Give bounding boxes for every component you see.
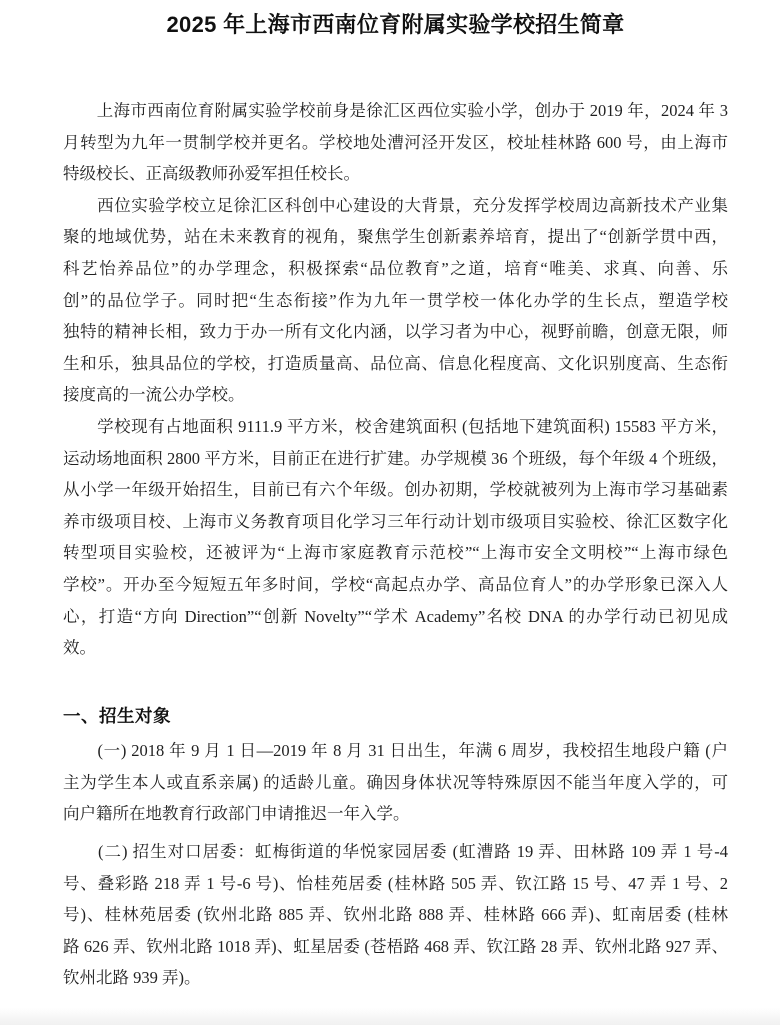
intro-paragraph-1: 上海市西南位育附属实验学校前身是徐汇区西位实验小学，创办于 2019 年，202… [63, 95, 728, 190]
text-line: 养市级项目校、上海市义务教育项目化学习三年行动计划市级项目实验校、徐汇区数字化 [63, 506, 728, 538]
section1-paragraph-2: (二) 招生对口居委：虹梅街道的华悦家园居委 (虹漕路 19 弄、田林路 109… [63, 836, 728, 994]
text-line: 号)、桂林苑居委 (钦州北路 885 弄、钦州北路 888 弄、桂林路 666 … [63, 899, 728, 931]
text-line: 聚的地域优势，站在未来教育的视角，聚焦学生创新素养培育，提出了“创新学贯中西， [63, 221, 728, 253]
text-line: 学校”。开办至今短短五年多时间，学校“高起点办学、高品位育人”的办学形象已深入人 [63, 569, 728, 601]
text-line: 从小学一年级开始招生，目前已有六个年级。创办初期，学校就被列为上海市学习基础素 [63, 474, 728, 506]
document-title: 2025 年上海市西南位育附属实验学校招生简章 [63, 0, 728, 38]
section-heading-enrollment-targets: 一、招生对象 [63, 701, 728, 733]
text-line: 路 626 弄、钦州北路 1018 弄)、虹星居委 (苍梧路 468 弄、钦江路… [63, 931, 728, 963]
intro-paragraph-3: 学校现有占地面积 9111.9 平方米，校舍建筑面积 (包括地下建筑面积) 15… [63, 411, 728, 664]
text-line: 科艺怡养品位”的办学理念，积极探索“品位教育”之道，培育“唯美、求真、向善、乐 [63, 253, 728, 285]
text-line: 上海市西南位育附属实验学校前身是徐汇区西位实验小学，创办于 2019 年，202… [63, 95, 728, 127]
text-line: 月转型为九年一贯制学校并更名。学校地处漕河泾开发区，校址桂林路 600 号，由上… [63, 127, 728, 159]
section1-paragraph-1: (一) 2018 年 9 月 1 日—2019 年 8 月 31 日出生，年满 … [63, 735, 728, 830]
text-line: 心，打造“方向 Direction”“创新 Novelty”“学术 Academ… [63, 601, 728, 633]
document-content: 2025 年上海市西南位育附属实验学校招生简章 上海市西南位育附属实验学校前身是… [63, 0, 728, 994]
page-bottom-edge [0, 1008, 780, 1025]
text-line: 向户籍所在地教育行政部门申请推迟一年入学。 [63, 798, 728, 830]
text-line: 接度高的一流公办学校。 [63, 379, 728, 411]
text-line: 独特的精神长相，致力于办一所有文化内涵，以学习者为中心，视野前瞻，创意无限，师 [63, 316, 728, 348]
text-line: (二) 招生对口居委：虹梅街道的华悦家园居委 (虹漕路 19 弄、田林路 109… [63, 836, 728, 868]
text-line: 生和乐，独具品位的学校，打造质量高、品位高、信息化程度高、文化识别度高、生态衔 [63, 348, 728, 380]
text-line: 效。 [63, 632, 728, 664]
text-line: 运动场地面积 2800 平方米，目前正在进行扩建。办学规模 36 个班级，每个年… [63, 443, 728, 475]
document-body: 上海市西南位育附属实验学校前身是徐汇区西位实验小学，创办于 2019 年，202… [63, 95, 728, 994]
text-line: 号、叠彩路 218 弄 1 号-6 号)、怡桂苑居委 (桂林路 505 弄、钦江… [63, 868, 728, 900]
intro-paragraph-2: 西位实验学校立足徐汇区科创中心建设的大背景，充分发挥学校周边高新技术产业集聚的地… [63, 190, 728, 411]
document-page: 2025 年上海市西南位育附属实验学校招生简章 上海市西南位育附属实验学校前身是… [0, 0, 780, 1025]
text-line: (一) 2018 年 9 月 1 日—2019 年 8 月 31 日出生，年满 … [63, 735, 728, 767]
text-line: 创”的品位学子。同时把“生态衔接”作为九年一贯学校一体化办学的生长点，塑造学校 [63, 285, 728, 317]
text-line: 学校现有占地面积 9111.9 平方米，校舍建筑面积 (包括地下建筑面积) 15… [63, 411, 728, 443]
text-line: 转型项目实验校，还被评为“上海市家庭教育示范校”“上海市安全文明校”“上海市绿色 [63, 537, 728, 569]
text-line: 西位实验学校立足徐汇区科创中心建设的大背景，充分发挥学校周边高新技术产业集 [63, 190, 728, 222]
text-line: 特级校长、正高级教师孙爱军担任校长。 [63, 158, 728, 190]
text-line: 钦州北路 939 弄)。 [63, 962, 728, 994]
text-line: 主为学生本人或直系亲属) 的适龄儿童。确因身体状况等特殊原因不能当年度入学的，可 [63, 767, 728, 799]
